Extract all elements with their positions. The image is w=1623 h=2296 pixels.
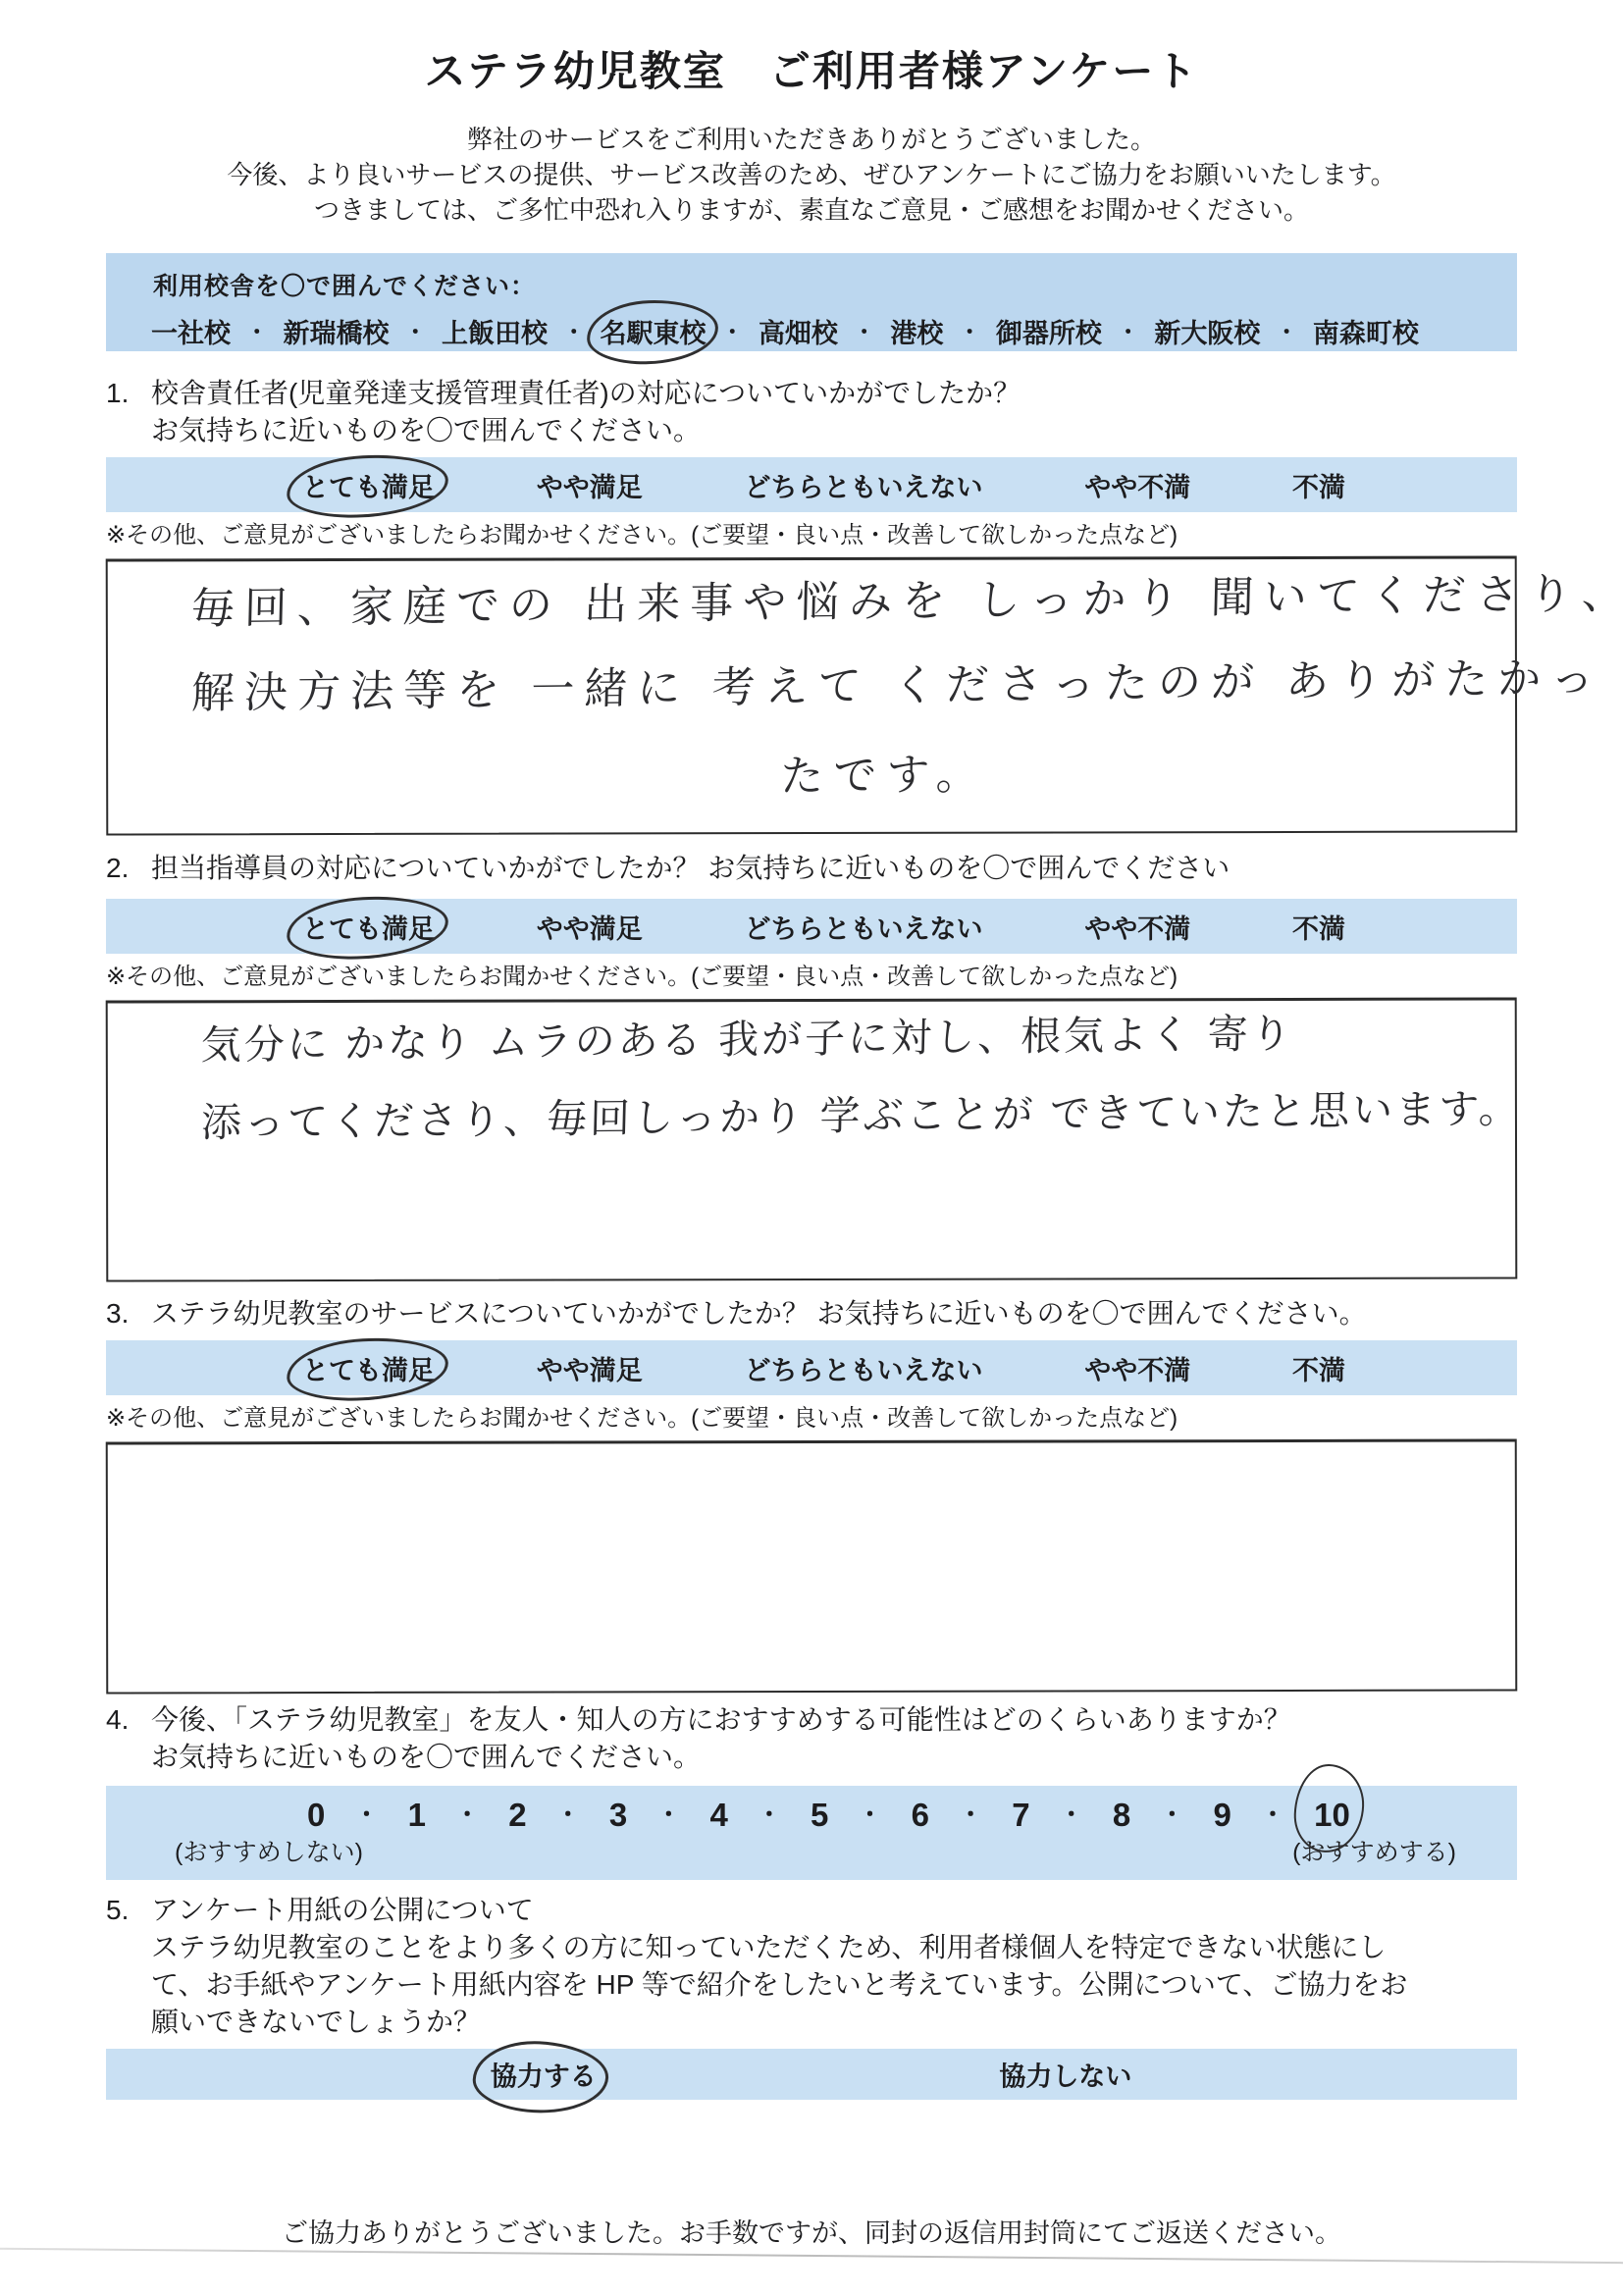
school-item-label: 名駅東校 bbox=[600, 319, 706, 348]
scanned-survey-page: ステラ幼児教室 ご利用者様アンケート 弊社のサービスをご利用いただきありがとうご… bbox=[0, 0, 1623, 2296]
q3-comment-box bbox=[106, 1438, 1518, 1694]
question-3: 3.ステラ幼児教室のサービスについていかがでしたか？ お気持ちに近いものを〇で囲… bbox=[106, 1295, 1517, 1693]
option-label: 不満 bbox=[1292, 908, 1345, 946]
q4-scale-row: 0 ・ 1 ・ 2 ・ 3 ・ 4 ・ 5 ・ 6 ・ 7 ・ 8 ・ 9 ・ bbox=[106, 1794, 1517, 1837]
option-label: 不満 bbox=[1292, 1349, 1345, 1387]
option-label: 不満 bbox=[1292, 466, 1345, 504]
q1-options-band: とても満足 やや満足 どちらともいえない やや不満 不満 bbox=[106, 457, 1517, 512]
school-item: 新大阪校 bbox=[1154, 312, 1260, 350]
scale-value: 1 bbox=[408, 1794, 426, 1837]
footer-text: ご協力ありがとうございました。お手数ですが、同封の返信用封筒にてご返送ください。 bbox=[0, 2212, 1623, 2250]
q5-options-band: 協力する 協力しない bbox=[106, 2049, 1517, 2100]
q5-number: 5. bbox=[106, 1892, 151, 1929]
option-label: 協力する bbox=[491, 2062, 597, 2092]
scale-value: 10 bbox=[1314, 1797, 1350, 1833]
separator-dot: ・ bbox=[1118, 316, 1139, 346]
q2-comment-note: ※その他、ご意見がございましたらお聞かせください。(ご要望・良い点・改善して欲し… bbox=[106, 962, 1517, 993]
question-1: 1.校舎責任者(児童発達支援管理責任者)の対応についていかがでしたか？ お気持ち… bbox=[106, 375, 1517, 834]
scale-value: 0 bbox=[307, 1794, 325, 1837]
option-label: やや満足 bbox=[537, 908, 643, 946]
school-item: 一社校 bbox=[151, 312, 231, 350]
handwritten-line: 毎回、家庭での 出来事や悩みを しっかり 聞いてくださり、 bbox=[190, 573, 1495, 633]
q2-option-selected: とても満足 bbox=[302, 908, 435, 946]
q2-heading: 2.担当指導員の対応についていかがでしたか？ お気持ちに近いものを〇で囲んでくだ… bbox=[106, 850, 1517, 887]
separator-dot: ・ bbox=[758, 1794, 781, 1837]
scale-value: 9 bbox=[1213, 1794, 1230, 1837]
separator-dot: ・ bbox=[404, 316, 426, 346]
separator-dot: ・ bbox=[556, 1794, 580, 1837]
option-label: とても満足 bbox=[302, 473, 435, 502]
q4-number: 4. bbox=[106, 1701, 151, 1739]
school-item: 上飯田校 bbox=[442, 312, 548, 350]
option-label: やや満足 bbox=[537, 1349, 643, 1387]
school-item: 御器所校 bbox=[996, 312, 1102, 350]
q1-heading: 1.校舎責任者(児童発達支援管理責任者)の対応についていかがでしたか？ bbox=[106, 375, 1517, 412]
separator-dot: ・ bbox=[354, 1794, 378, 1837]
q5-body-line: 願いできないでしょうか？ bbox=[151, 2004, 1517, 2041]
q1-heading-line2: お気持ちに近いものを〇で囲んでください。 bbox=[151, 412, 1517, 449]
school-instruction: 利用校舎を〇で囲んでください： bbox=[153, 267, 1517, 302]
separator-dot: ・ bbox=[959, 316, 980, 346]
separator-dot: ・ bbox=[563, 316, 585, 346]
school-item: 南森町校 bbox=[1313, 312, 1419, 350]
question-5: 5.アンケート用紙の公開について ステラ幼児教室のことをより多くの方に知っていた… bbox=[106, 1892, 1517, 2100]
q2-number: 2. bbox=[106, 850, 151, 887]
school-list: 一社校 ・ 新瑞橋校 ・ 上飯田校 ・ 名駅東校 ・ 高畑校 ・ 港校 ・ 御器… bbox=[106, 312, 1517, 350]
question-2: 2.担当指導員の対応についていかがでしたか？ お気持ちに近いものを〇で囲んでくだ… bbox=[106, 850, 1517, 1280]
separator-dot: ・ bbox=[1160, 1794, 1183, 1837]
separator-dot: ・ bbox=[959, 1794, 982, 1837]
option-label: どちらともいえない bbox=[745, 908, 983, 946]
q1-number: 1. bbox=[106, 375, 151, 412]
school-item: 新瑞橋校 bbox=[283, 312, 389, 350]
separator-dot: ・ bbox=[1060, 1794, 1083, 1837]
q1-heading-text: 校舎責任者(児童発達支援管理責任者)の対応についていかがでしたか？ bbox=[151, 378, 1021, 408]
q4-scale-band: 0 ・ 1 ・ 2 ・ 3 ・ 4 ・ 5 ・ 6 ・ 7 ・ 8 ・ 9 ・ bbox=[106, 1786, 1517, 1880]
q4-scale-labels: (おすすめしない) (おすすめする) bbox=[106, 1837, 1517, 1868]
option-label: やや不満 bbox=[1084, 908, 1190, 946]
option-label: どちらともいえない bbox=[745, 1349, 983, 1387]
separator-dot: ・ bbox=[854, 316, 875, 346]
separator-dot: ・ bbox=[246, 316, 268, 346]
q5-body-line: ステラ幼児教室のことをより多くの方に知っていただくため、利用者様個人を特定できな… bbox=[151, 1929, 1517, 1966]
separator-dot: ・ bbox=[859, 1794, 882, 1837]
handwritten-line: 解決方法等を 一緒に 考えて くださったのが ありがたかっ bbox=[190, 657, 1495, 717]
q5-body-line: て、お手紙やアンケート用紙内容を HP 等で紹介をしたいと考えています。公開につ… bbox=[151, 1966, 1517, 2004]
scale-value: 8 bbox=[1113, 1794, 1130, 1837]
intro-line-1: 弊社のサービスをご利用いただきありがとうございました。 bbox=[106, 122, 1517, 157]
separator-dot: ・ bbox=[656, 1794, 680, 1837]
handwritten-line: 気分に かなり ムラのある 我が子に対し、根気よく 寄り bbox=[200, 1011, 1495, 1067]
q3-heading-text: ステラ幼児教室のサービスについていかがでしたか？ お気持ちに近いものを〇で囲んで… bbox=[151, 1298, 1367, 1329]
intro-line-2: 今後、より良いサービスの提供、サービス改善のため、ぜひアンケートにご協力をお願い… bbox=[106, 157, 1517, 192]
q2-comment-box: 気分に かなり ムラのある 我が子に対し、根気よく 寄り 添ってくださり、毎回し… bbox=[106, 997, 1518, 1281]
scan-artifact-line bbox=[0, 2248, 1623, 2265]
q3-number: 3. bbox=[106, 1295, 151, 1332]
option-label: やや不満 bbox=[1084, 1349, 1190, 1387]
option-label: とても満足 bbox=[302, 1356, 435, 1385]
q2-heading-text: 担当指導員の対応についていかがでしたか？ お気持ちに近いものを〇で囲んでください bbox=[151, 853, 1230, 883]
scale-value: 2 bbox=[508, 1794, 526, 1837]
separator-dot: ・ bbox=[455, 1794, 479, 1837]
handwritten-line: 添ってくださり、毎回しっかり 学ぶことが できていたと思います。 bbox=[200, 1088, 1495, 1144]
scale-value-selected: 10 bbox=[1314, 1794, 1350, 1837]
q3-option-selected: とても満足 bbox=[302, 1349, 435, 1387]
question-4: 4.今後、「ステラ幼児教室」を友人・知人の方におすすめする可能性はどのくらいあり… bbox=[106, 1701, 1517, 1880]
q2-options-band: とても満足 やや満足 どちらともいえない やや不満 不満 bbox=[106, 899, 1517, 954]
option-label: 協力しない bbox=[999, 2056, 1131, 2094]
option-label: どちらともいえない bbox=[745, 466, 983, 504]
scale-value: 3 bbox=[609, 1794, 627, 1837]
q5-heading-text: アンケート用紙の公開について bbox=[151, 1895, 534, 1925]
option-label: やや不満 bbox=[1084, 466, 1190, 504]
separator-dot: ・ bbox=[1276, 316, 1297, 346]
q3-comment-note: ※その他、ご意見がございましたらお聞かせください。(ご要望・良い点・改善して欲し… bbox=[106, 1403, 1517, 1435]
option-label: とても満足 bbox=[302, 914, 435, 944]
q1-option-selected: とても満足 bbox=[302, 466, 435, 504]
q4-heading: 4.今後、「ステラ幼児教室」を友人・知人の方におすすめする可能性はどのくらいあり… bbox=[106, 1701, 1517, 1739]
intro-text: 弊社のサービスをご利用いただきありがとうございました。 今後、より良いサービスの… bbox=[106, 122, 1517, 228]
scale-value: 6 bbox=[912, 1794, 929, 1837]
handwritten-line: たです。 bbox=[780, 748, 1496, 801]
intro-line-3: つきましては、ご多忙中恐れ入りますが、素直なご意見・ご感想をお聞かせください。 bbox=[106, 192, 1517, 228]
q3-heading: 3.ステラ幼児教室のサービスについていかがでしたか？ お気持ちに近いものを〇で囲… bbox=[106, 1295, 1517, 1332]
option-label: やや満足 bbox=[537, 466, 643, 504]
school-item-selected: 名駅東校 bbox=[600, 312, 706, 350]
scale-value: 5 bbox=[811, 1794, 828, 1837]
school-selection-box: 利用校舎を〇で囲んでください： 一社校 ・ 新瑞橋校 ・ 上飯田校 ・ 名駅東校… bbox=[106, 253, 1517, 351]
school-item: 港校 bbox=[890, 312, 943, 350]
scale-value: 7 bbox=[1012, 1794, 1029, 1837]
q5-heading: 5.アンケート用紙の公開について bbox=[106, 1892, 1517, 1929]
scale-right-label: (おすすめする) bbox=[1292, 1837, 1456, 1868]
separator-dot: ・ bbox=[1261, 1794, 1284, 1837]
page-title: ステラ幼児教室 ご利用者様アンケート bbox=[106, 39, 1517, 98]
q3-options-band: とても満足 やや満足 どちらともいえない やや不満 不満 bbox=[106, 1340, 1517, 1395]
separator-dot: ・ bbox=[721, 316, 743, 346]
q5-option-selected: 協力する bbox=[491, 2056, 597, 2094]
q4-heading-line2: お気持ちに近いものを〇で囲んでください。 bbox=[151, 1739, 1517, 1776]
scale-left-label: (おすすめしない) bbox=[175, 1837, 363, 1868]
q4-heading-text: 今後、「ステラ幼児教室」を友人・知人の方におすすめする可能性はどのくらいあります… bbox=[151, 1704, 1291, 1735]
q1-comment-box: 毎回、家庭での 出来事や悩みを しっかり 聞いてくださり、 解決方法等を 一緒に… bbox=[106, 555, 1518, 835]
q1-comment-note: ※その他、ご意見がございましたらお聞かせください。(ご要望・良い点・改善して欲し… bbox=[106, 520, 1517, 551]
scale-value: 4 bbox=[709, 1794, 727, 1837]
school-item: 高畑校 bbox=[759, 312, 838, 350]
